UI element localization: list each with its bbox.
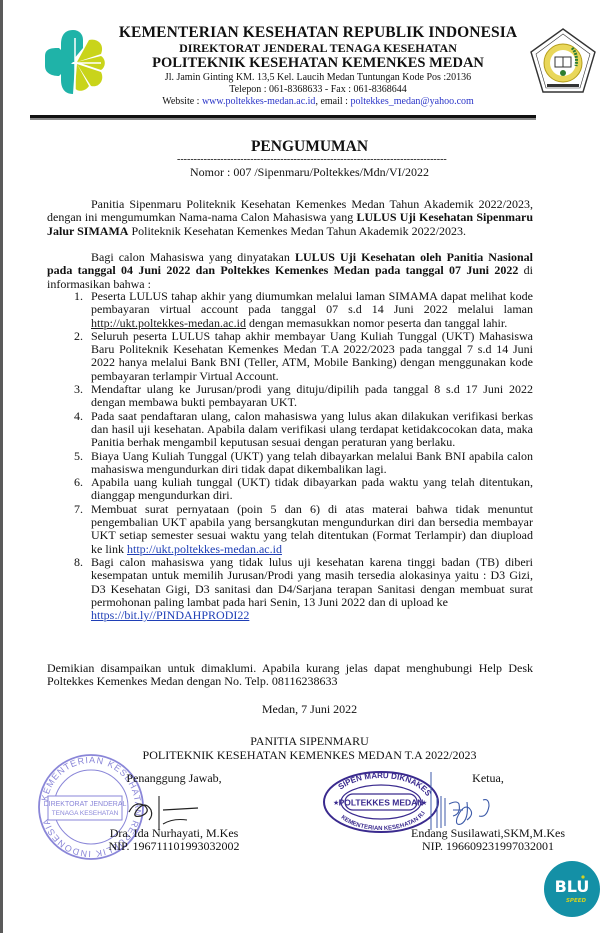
item-number: 5. — [74, 450, 83, 463]
list-item: 6.Apabila uang kuliah tunggal (UKT) tida… — [47, 476, 533, 503]
directorate-name: DIREKTORAT JENDERAL TENAGA KESEHATAN — [113, 41, 523, 56]
item-number: 6. — [74, 476, 83, 489]
committee-line1: PANITIA SIPENMARU — [3, 735, 616, 749]
svg-text:BLU: BLU — [555, 877, 590, 896]
instructions-list: 1.Peserta LULUS tahap akhir yang diumumk… — [47, 290, 533, 622]
item-text: Peserta LULUS tahap akhir yang diumumkan… — [91, 289, 533, 316]
website-label: Website : — [162, 96, 202, 107]
item-text: Mendaftar ulang ke Jurusan/prodi yang di… — [91, 382, 533, 409]
item-text-end: dengan memasukkan nomor peserta dan tang… — [246, 316, 507, 330]
document-page: KEMENTERIAN KESEHATAN REPUBLIK INDONESIA… — [3, 0, 616, 933]
contact-line: Website : www.poltekkes-medan.ac.id, ema… — [113, 96, 523, 107]
kemenkes-logo-icon — [39, 26, 111, 98]
list-item: 4.Pada saat pendaftaran ulang, calon mah… — [47, 410, 533, 450]
signatory-left-role: Penanggung Jawab, — [89, 772, 259, 785]
ukt-upload-link[interactable]: http://ukt.poltekkes-medan.ac.id — [127, 542, 282, 556]
item-number: 4. — [74, 410, 83, 423]
info-paragraph: Bagi calon Mahasiswa yang dinyatakan LUL… — [47, 251, 533, 291]
item-number: 1. — [74, 290, 83, 303]
list-item: 7.Membuat surat pernyataan (poin 5 dan 6… — [47, 503, 533, 556]
document-number: Nomor : 007 /Sipenmaru/Poltekkes/Mdn/VI/… — [3, 165, 616, 180]
phone-fax: Telepon : 061-8368633 - Fax : 061-836864… — [113, 84, 523, 95]
intro-text-end: Politeknik Kesehatan Kemenkes Medan Tahu… — [128, 224, 466, 238]
svg-text:★: ★ — [333, 799, 339, 807]
title-underline: ----------------------------------------… — [177, 156, 447, 164]
pindah-prodi-link[interactable]: https://bit.ly//PINDAHPRODI22 — [91, 608, 249, 622]
item-number: 2. — [74, 330, 83, 343]
list-item: 8.Bagi calon mahasiswa yang tidak lulus … — [47, 556, 533, 622]
signatory-left-nip: NIP. 196711101993032002 — [89, 840, 259, 853]
blu-speed-badge-icon: BLU SPEED — [543, 860, 601, 918]
ukt-link[interactable]: http://ukt.poltekkes-medan.ac.id — [91, 316, 246, 330]
item-number: 8. — [74, 556, 83, 569]
signatory-right-role: Ketua, — [388, 772, 588, 785]
list-item: 2.Seluruh peserta LULUS tahap akhir memb… — [47, 330, 533, 383]
letterhead-divider-thin — [30, 118, 536, 120]
email-label: , email : — [315, 96, 350, 107]
website-link[interactable]: www.poltekkes-medan.ac.id — [202, 96, 315, 107]
item-number: 7. — [74, 503, 83, 516]
intro-paragraph: Panitia Sipenmaru Politeknik Kesehatan K… — [47, 198, 533, 238]
list-item: 3.Mendaftar ulang ke Jurusan/prodi yang … — [47, 383, 533, 410]
list-item: 1.Peserta LULUS tahap akhir yang diumumk… — [47, 290, 533, 330]
document-title: PENGUMUMAN — [3, 138, 616, 156]
email-link[interactable]: poltekkes_medan@yahoo.com — [350, 96, 473, 107]
svg-text:SPEED: SPEED — [566, 898, 587, 904]
item-text: Bagi calon mahasiswa yang tidak lulus uj… — [91, 555, 533, 609]
signatory-right-nip: NIP. 196609231997032001 — [388, 840, 588, 853]
item-text: Biaya Uang Kuliah Tunggal (UKT) yang tel… — [91, 449, 533, 476]
closing-paragraph: Demikian disampaikan untuk dimaklumi. Ap… — [47, 662, 533, 689]
institution-name: POLITEKNIK KESEHATAN KEMENKES MEDAN — [113, 55, 523, 72]
poltekkes-emblem-icon — [528, 26, 598, 96]
ministry-name: KEMENTERIAN KESEHATAN REPUBLIK INDONESIA — [113, 24, 523, 42]
item-text: Seluruh peserta LULUS tahap akhir membay… — [91, 329, 533, 383]
address: Jl. Jamin Ginting KM. 13,5 Kel. Laucih M… — [113, 72, 523, 83]
place-date: Medan, 7 Juni 2022 — [3, 702, 616, 717]
signatory-left: Penanggung Jawab, Dra. Ida Nurhayati, M.… — [89, 772, 259, 862]
signatory-right: Ketua, Endang Susilawati,SKM,M.Kes NIP. … — [388, 772, 588, 862]
item-text: Pada saat pendaftaran ulang, calon mahas… — [91, 409, 533, 450]
list-item: 5.Biaya Uang Kuliah Tunggal (UKT) yang t… — [47, 450, 533, 477]
info-text: Bagi calon Mahasiswa yang dinyatakan — [91, 250, 295, 264]
item-number: 3. — [74, 383, 83, 396]
item-text: Apabila uang kuliah tunggal (UKT) tidak … — [91, 475, 533, 502]
